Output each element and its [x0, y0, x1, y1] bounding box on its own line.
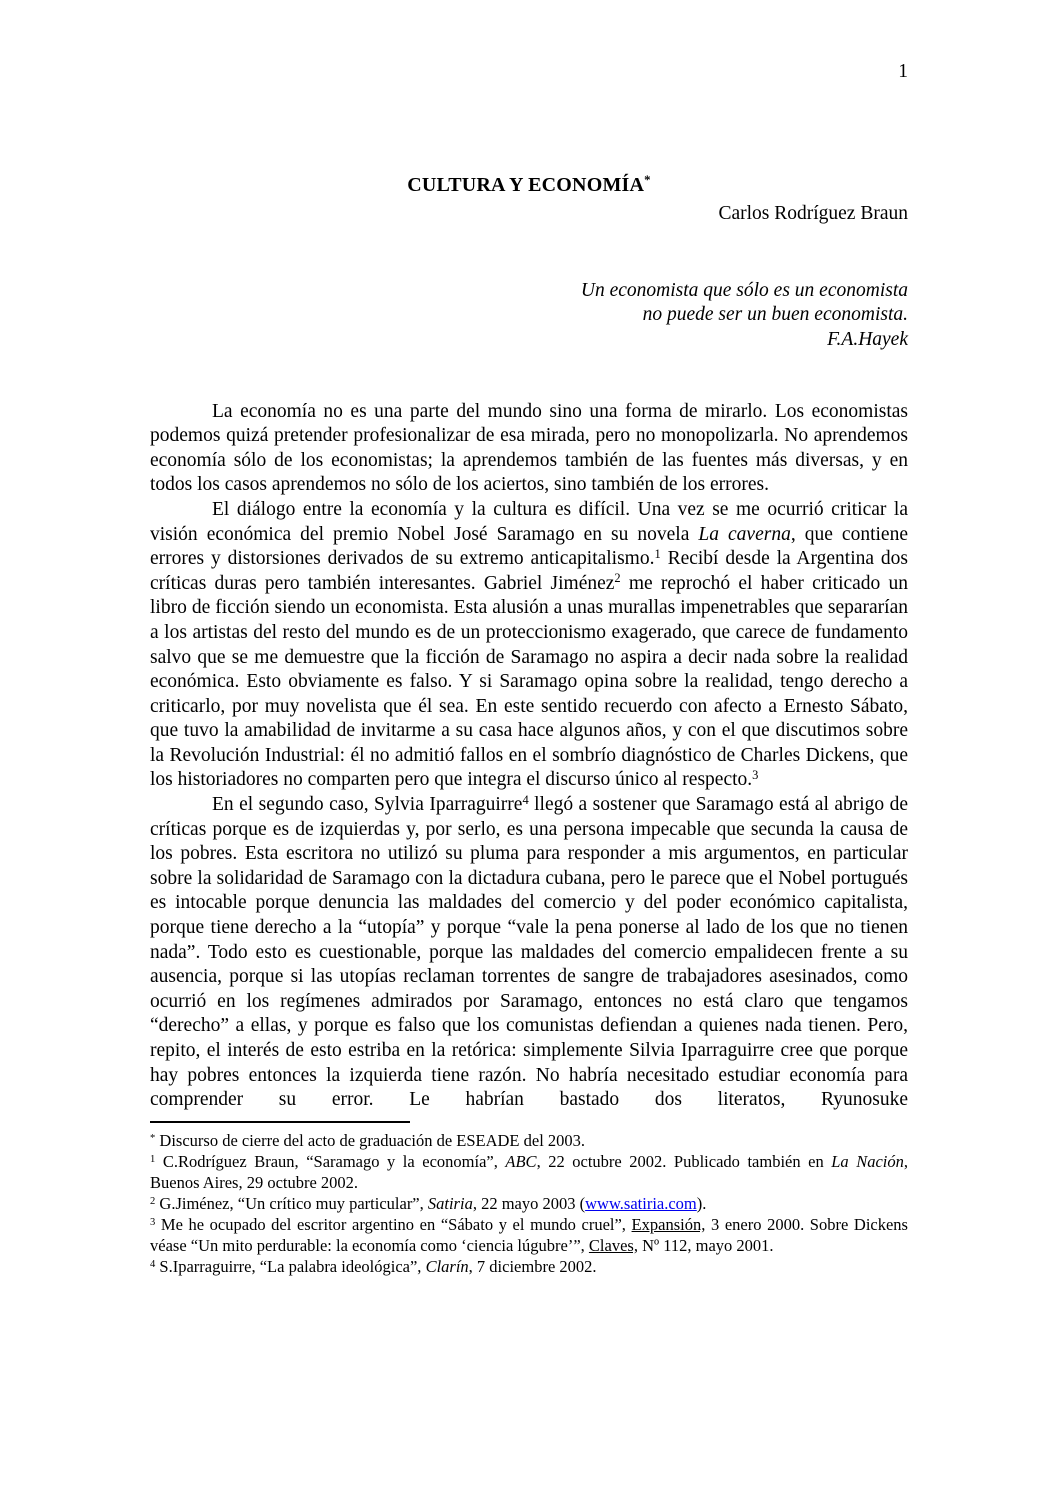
footnote-1: 1 C.Rodríguez Braun, “Saramago y la econ… [150, 1151, 908, 1193]
page-title: CULTURA Y ECONOMÍA* [150, 173, 908, 198]
footnote-ref: 4 [150, 1259, 155, 1270]
epigraph-attribution: F.A.Hayek [150, 328, 908, 353]
epigraph-line: Un economista que sólo es un economista [150, 279, 908, 304]
footnote-ref: * [150, 1133, 155, 1144]
paragraph-3: En el segundo caso, Sylvia Iparraguirre4… [150, 793, 908, 1113]
text-run: me reprochó el haber criticado un libro … [150, 573, 908, 791]
text-run: La economía no es una parte del mundo si… [150, 401, 908, 496]
text-run: G.Jiménez, “Un crítico muy particular”, [155, 1194, 428, 1213]
text-run: 22 octubre 2002. Publicado también en [541, 1152, 832, 1171]
text-run: La caverna [698, 524, 790, 545]
page-title-text: CULTURA Y ECONOMÍA [407, 174, 644, 196]
text-run: Me he ocupado del escritor argentino en … [155, 1215, 631, 1234]
footnote-4: 4 S.Iparraguirre, “La palabra ideológica… [150, 1256, 908, 1277]
text-run: La Nación [831, 1152, 904, 1171]
footnote-ref: 3 [150, 1217, 155, 1228]
document-page: 1 CULTURA Y ECONOMÍA* Carlos Rodríguez B… [0, 0, 1058, 1497]
footnote-ref: 1 [654, 547, 660, 561]
text-run: Nº 112, mayo 2001. [638, 1236, 774, 1255]
text-run: , 22 mayo 2003 ( [473, 1194, 585, 1213]
footnote-2: 2 G.Jiménez, “Un crítico muy particular”… [150, 1193, 908, 1214]
author-name: Carlos Rodríguez Braun [150, 202, 908, 227]
footnote-separator [150, 1121, 410, 1123]
epigraph: Un economista que sólo es un economista … [150, 279, 908, 353]
text-run: Discurso de cierre del acto de graduació… [155, 1131, 585, 1150]
footnote-3: 3 Me he ocupado del escritor argentino e… [150, 1214, 908, 1256]
text-run: Expansión, [632, 1215, 706, 1234]
document-body: La economía no es una parte del mundo si… [150, 400, 908, 1113]
epigraph-line: no puede ser un buen economista. [150, 303, 908, 328]
title-footnote-mark: * [644, 173, 651, 187]
text-run: En el segundo caso, Sylvia Iparraguirre [212, 794, 522, 815]
footnote-ref: 1 [150, 1154, 155, 1165]
text-run: Clarín [426, 1257, 469, 1276]
footnote-star: * Discurso de cierre del acto de graduac… [150, 1130, 908, 1151]
hyperlink[interactable]: www.satiria.com [585, 1194, 697, 1213]
paragraph-1: La economía no es una parte del mundo si… [150, 400, 908, 498]
text-run: llegó a sostener que Saramago está al ab… [150, 794, 908, 1110]
text-run: Claves, [589, 1236, 638, 1255]
text-run: ). [697, 1194, 707, 1213]
text-run: , 7 diciembre 2002. [469, 1257, 597, 1276]
text-run: ABC [505, 1152, 536, 1171]
text-run: Satiria [428, 1194, 473, 1213]
footnote-ref: 2 [614, 571, 620, 585]
paragraph-2: El diálogo entre la economía y la cultur… [150, 498, 908, 793]
text-run: C.Rodríguez Braun, “Saramago y la econom… [155, 1152, 505, 1171]
footnote-ref: 4 [522, 793, 528, 807]
footnote-ref: 3 [752, 768, 758, 782]
text-run: S.Iparraguirre, “La palabra ideológica”, [155, 1257, 425, 1276]
footnotes-section: * Discurso de cierre del acto de graduac… [150, 1130, 908, 1277]
footnote-ref: 2 [150, 1196, 155, 1207]
page-number: 1 [150, 0, 908, 85]
